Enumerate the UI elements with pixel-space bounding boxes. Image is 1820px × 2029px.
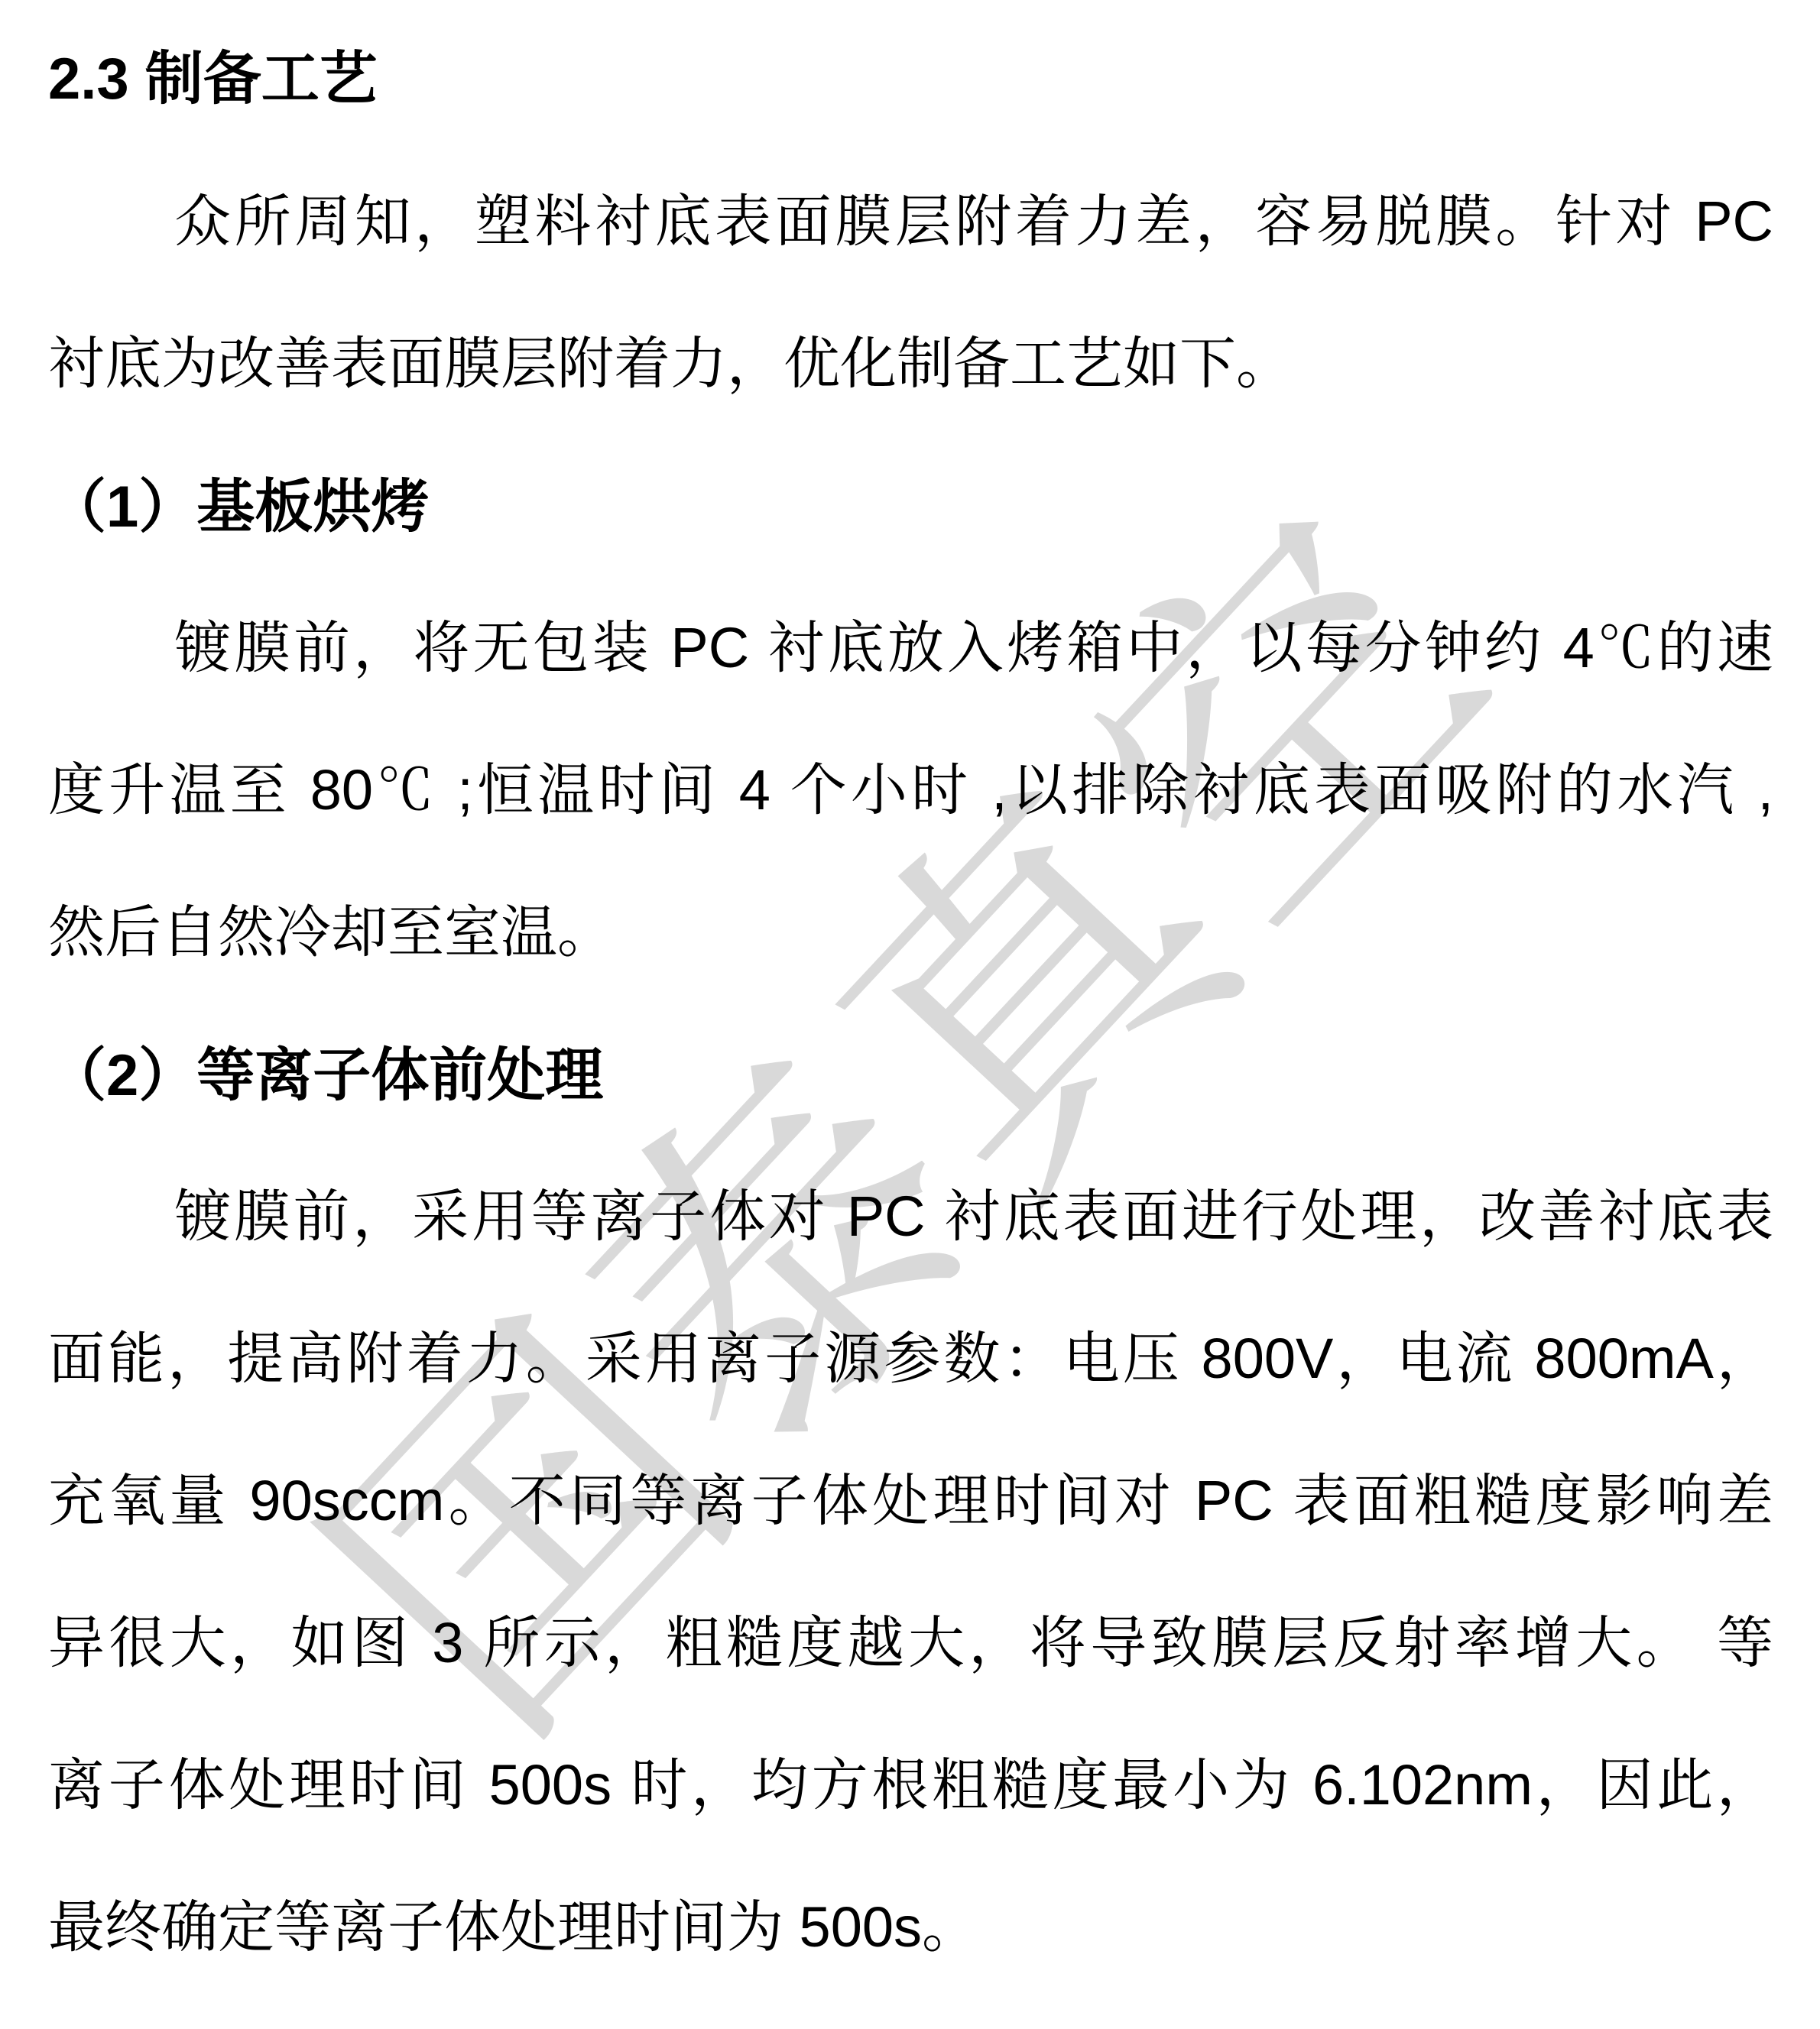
paragraph-3-line-1: 镀膜前，采用等离子体对 PC 衬底表面进行处理，改善衬底表: [48, 1183, 1773, 1251]
paragraph-3-line-5: 离子体处理时间 500s 时，均方根粗糙度最小为 6.102nm，因此，: [48, 1752, 1773, 1820]
paragraph-2-line-3: 然后自然冷却至室温。: [48, 899, 1773, 967]
subsection-heading-1: （1）基板烘烤: [48, 472, 1773, 542]
paragraph-1-line-1: 众所周知，塑料衬底表面膜层附着力差，容易脱膜。针对 PC: [48, 188, 1773, 256]
paragraph-3-line-4: 异很大，如图 3 所示，粗糙度越大，将导致膜层反射率增大。 等: [48, 1609, 1773, 1677]
subsection-heading-2: （2）等离子体前处理: [48, 1041, 1773, 1110]
section-heading: 2.3 制备工艺: [48, 44, 1773, 114]
document-page: 国泰真空 2.3 制备工艺 众所周知，塑料衬底表面膜层附着力差，容易脱膜。针对 …: [0, 0, 1820, 2029]
paragraph-3-line-3: 充氧量 90sccm。不同等离子体处理时间对 PC 表面粗糙度影响差: [48, 1467, 1773, 1535]
paragraph-3-line-2: 面能，提高附着力。采用离子源参数：电压 800V，电流 800mA，: [48, 1325, 1773, 1393]
paragraph-2-line-2: 度升温至 80℃ ;恒温时间 4 个小时 ,以排除衬底表面吸附的水汽 ,: [48, 757, 1773, 825]
paragraph-2-line-1: 镀膜前，将无包装 PC 衬底放入烤箱中，以每分钟约 4℃的速: [48, 614, 1773, 682]
paragraph-1-line-2: 衬底为改善表面膜层附着力，优化制备工艺如下。: [48, 330, 1773, 398]
paragraph-3-line-6: 最终确定等离子体处理时间为 500s。: [48, 1894, 1773, 1962]
